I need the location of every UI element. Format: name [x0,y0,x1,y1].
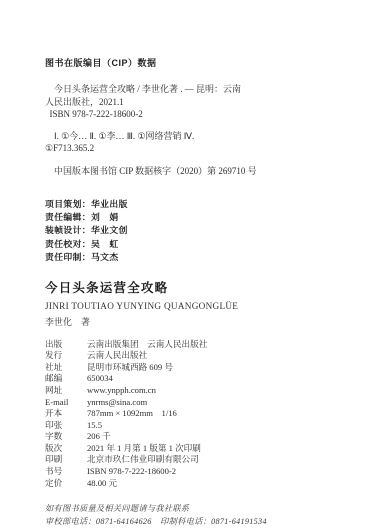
publication-row-price: 定价 48.00 元 [45,478,337,490]
publication-row-edition: 版次 2021 年 1 月第 1 版第 1 次印刷 [45,443,337,455]
publication-row-isbn: 书号 ISBN 978-7-222-18600-2 [45,466,337,478]
publication-email-value: ynrms@sina.com [87,397,337,409]
cip-publisher-line: 人民出版社，2021.1 [45,96,337,109]
cip-classification-line: Ⅰ. ①今… Ⅱ. ①李… Ⅲ. ①网络营销 Ⅳ. [45,130,337,143]
publication-website-url: www.ynpph.com.cn [87,385,337,397]
cip-record-number: 中国版本图书馆 CIP 数据核字（2020）第 269710 号 [45,164,337,177]
quality-notice-text: 如有图书质量及相关问题请与我社联系 [45,503,337,516]
publication-value: 787mm × 1092mm 1/16 [87,408,337,420]
publication-row-postcode: 邮编 650034 [45,373,337,385]
publication-label: 网址 [45,385,87,397]
copyright-page: 图书在版编目（CIP）数据 今日头条运营全攻略 / 李世化著 . — 昆明：云南… [0,0,375,528]
staff-row-printing: 责任印制：马文杰 [45,251,337,264]
cip-title-line: 今日头条运营全攻略 / 李世化著 . — 昆明：云南 [45,83,337,96]
publication-label: 出版 [45,339,87,351]
publication-row-email: E-mail ynrms@sina.com [45,397,337,409]
cip-isbn-line: ISBN 978-7-222-18600-2 [45,108,337,121]
publication-label: 发行 [45,350,87,362]
publication-label: 印张 [45,420,87,432]
publication-label: 社址 [45,362,87,374]
publication-row-format: 开本 787mm × 1092mm 1/16 [45,408,337,420]
cip-heading: 图书在版编目（CIP）数据 [45,56,337,69]
title-block: 今日头条运营全攻略 JINRI TOUTIAO YUNYING QUANGONG… [45,278,337,328]
contact-phones: 审校部电话：0871-64164626 印制科电话：0871-64191534 [45,516,337,529]
book-title-pinyin: JINRI TOUTIAO YUNYING QUANGONGLÜE [45,301,337,311]
cip-description: 今日头条运营全攻略 / 李世化著 . — 昆明：云南 人民出版社，2021.1 … [45,83,337,155]
publication-row-publisher: 出版 云南出版集团 云南人民出版社 [45,339,337,351]
publication-label: 开本 [45,408,87,420]
publication-row-sheets: 印张 15.5 [45,420,337,432]
publication-label: 印刷 [45,454,87,466]
publication-label: 字数 [45,431,87,443]
staff-row-planning: 项目策划：华业出版 [45,198,337,211]
publication-value: 48.00 元 [87,478,337,490]
publication-value: 15.5 [87,420,337,432]
publication-value: 昆明市环城西路 609 号 [87,362,337,374]
spacer [45,121,337,130]
book-author: 李世化 著 [45,315,337,328]
publication-label: 书号 [45,466,87,478]
book-title: 今日头条运营全攻略 [45,278,337,296]
publication-label: 邮编 [45,373,87,385]
publication-value: 2021 年 1 月第 1 版第 1 次印刷 [87,443,337,455]
publication-row-distributor: 发行 云南人民出版社 [45,350,337,362]
publication-value: 云南人民出版社 [87,350,337,362]
publication-info: 出版 云南出版集团 云南人民出版社 发行 云南人民出版社 社址 昆明市环城西路 … [45,339,337,490]
publication-value: ISBN 978-7-222-18600-2 [87,466,337,478]
publication-value: 云南出版集团 云南人民出版社 [87,339,337,351]
publication-row-address: 社址 昆明市环城西路 609 号 [45,362,337,374]
publication-row-printer: 印刷 北京市玖仁伟业印刷有限公司 [45,454,337,466]
publication-value: 206 千 [87,431,337,443]
cip-class-number: ①F713.365.2 [45,142,337,155]
publication-value: 650034 [87,373,337,385]
publication-label: E-mail [45,397,87,409]
publication-value: 北京市玖仁伟业印刷有限公司 [87,454,337,466]
publication-label: 版次 [45,443,87,455]
staff-credits: 项目策划：华业出版 责任编辑：刘 娟 装帧设计：华业文创 责任校对：吴 虹 责任… [45,198,337,265]
quality-notice: 如有图书质量及相关问题请与我社联系 审校部电话：0871-64164626 印制… [45,503,337,528]
publication-row-website: 网址 www.ynpph.com.cn [45,385,337,397]
publication-label: 定价 [45,478,87,490]
staff-row-design: 装帧设计：华业文创 [45,224,337,237]
staff-row-proofread: 责任校对：吴 虹 [45,238,337,251]
publication-row-wordcount: 字数 206 千 [45,431,337,443]
staff-row-editor: 责任编辑：刘 娟 [45,211,337,224]
